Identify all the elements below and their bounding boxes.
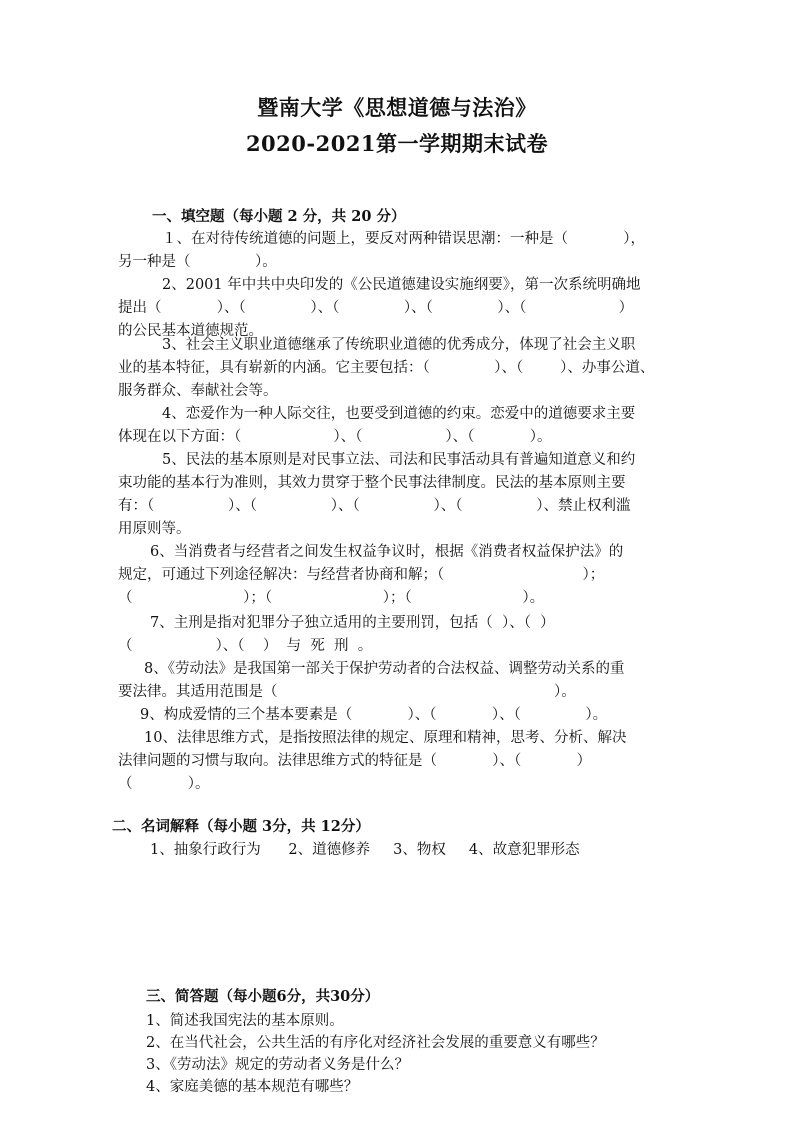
- q8-line1: 8、《劳动法》是我国第一部关于保护劳动者的合法权益、调整劳动关系的重: [144, 658, 624, 680]
- q5-line4: 用原则等。: [118, 518, 191, 540]
- q3-line3: 服务群众、奉献社会等。: [118, 380, 278, 402]
- q6-line1: 6、当消费者与经营者之间发生权益争议时，根据《消费者权益保护法》的: [150, 541, 623, 563]
- q5-line2: 束功能的基本行为准则，其效力贯穿于整个民事法律制度。民法的基本原则主要: [118, 472, 626, 494]
- q10-line3: （ ）。: [118, 773, 210, 795]
- s3-question-4: 4、家庭美德的基本规范有哪些？: [146, 1076, 358, 1098]
- document-title-line1: 暨南大学《思想道德与法治》: [0, 92, 794, 124]
- q8-line2: 要法律。其适用范围是（ ）。: [118, 681, 576, 703]
- q3-line2: 业的基本特征，具有崭新的内涵。它主要包括：（ ）、（ ）、办事公道、: [118, 357, 654, 379]
- section3-heading: 三、简答题（每小题6分，共30分）: [146, 986, 379, 1008]
- q5-line1: 5、民法的基本原则是对民事立法、司法和民事活动具有普遍知道意义和约: [162, 449, 635, 471]
- s3-question-2: 2、在当代社会，公共生活的有序化对经济社会发展的重要意义有哪些？: [146, 1032, 605, 1054]
- q4-line2: 体现在以下方面：（ ）、（ ）、（ ）。: [118, 426, 551, 448]
- q6-line2: 规定，可通过下列途径解决：与经营者协商和解；（ ）；: [118, 564, 604, 586]
- q7-line1: 7、主刑是指对犯罪分子独立适用的主要刑罚，包括（ ）、（ ）: [150, 612, 555, 634]
- q1-line2: 另一种是（ ）。: [118, 251, 277, 273]
- s3-question-1: 1、简述我国宪法的基本原则。: [146, 1010, 344, 1032]
- q2-line2: 提出（ ）、（ ）、（ ）、（ ）、（ ）: [118, 297, 633, 319]
- q10-line1: 10、法律思维方式，是指按照法律的规定、原理和精神，思考、分析、解决: [144, 727, 626, 749]
- q2-line1: 2、2001 年中共中央印发的《公民道德建设实施纲要》，第一次系统明确地: [162, 274, 640, 296]
- q4-line1: 4、恋爱作为一种人际交往，也要受到道德的约束。恋爱中的道德要求主要: [162, 403, 635, 425]
- q6-line3: （ ）；（ ）；（ ）。: [118, 587, 544, 609]
- s3-question-3: 3、《劳动法》规定的劳动者义务是什么？: [146, 1054, 409, 1076]
- document-title-line2: 2020-2021第一学期期末试卷: [0, 128, 794, 160]
- section2-terms: 1、抽象行政行为 2、道德修养 3、物权 4、故意犯罪形态: [150, 839, 580, 861]
- q7-line2: （ ）、（ ） 与 死 刑 。: [118, 635, 372, 657]
- section1-heading: 一、填空题（每小题 2 分，共 20 分）: [152, 206, 405, 228]
- q10-line2: 法律问题的习惯与取向。法律思维方式的特征是（ ）、（ ）: [118, 750, 591, 772]
- q5-line3: 有：（ ）、（ ）、（ ）、（ ）、禁止权利滥: [118, 495, 630, 517]
- section2-heading: 二、名词解释（每小题 3分，共 12分）: [112, 816, 370, 838]
- q9-line1: 9、构成爱情的三个基本要素是（ ）、（ ）、（ ）。: [140, 704, 607, 726]
- q1-line1: １、在对待传统道德的问题上，要反对两种错误思潮：一种是（ ），: [162, 228, 645, 250]
- q3-line1: 3、社会主义职业道德继承了传统职业道德的优秀成分，体现了社会主义职: [162, 334, 635, 356]
